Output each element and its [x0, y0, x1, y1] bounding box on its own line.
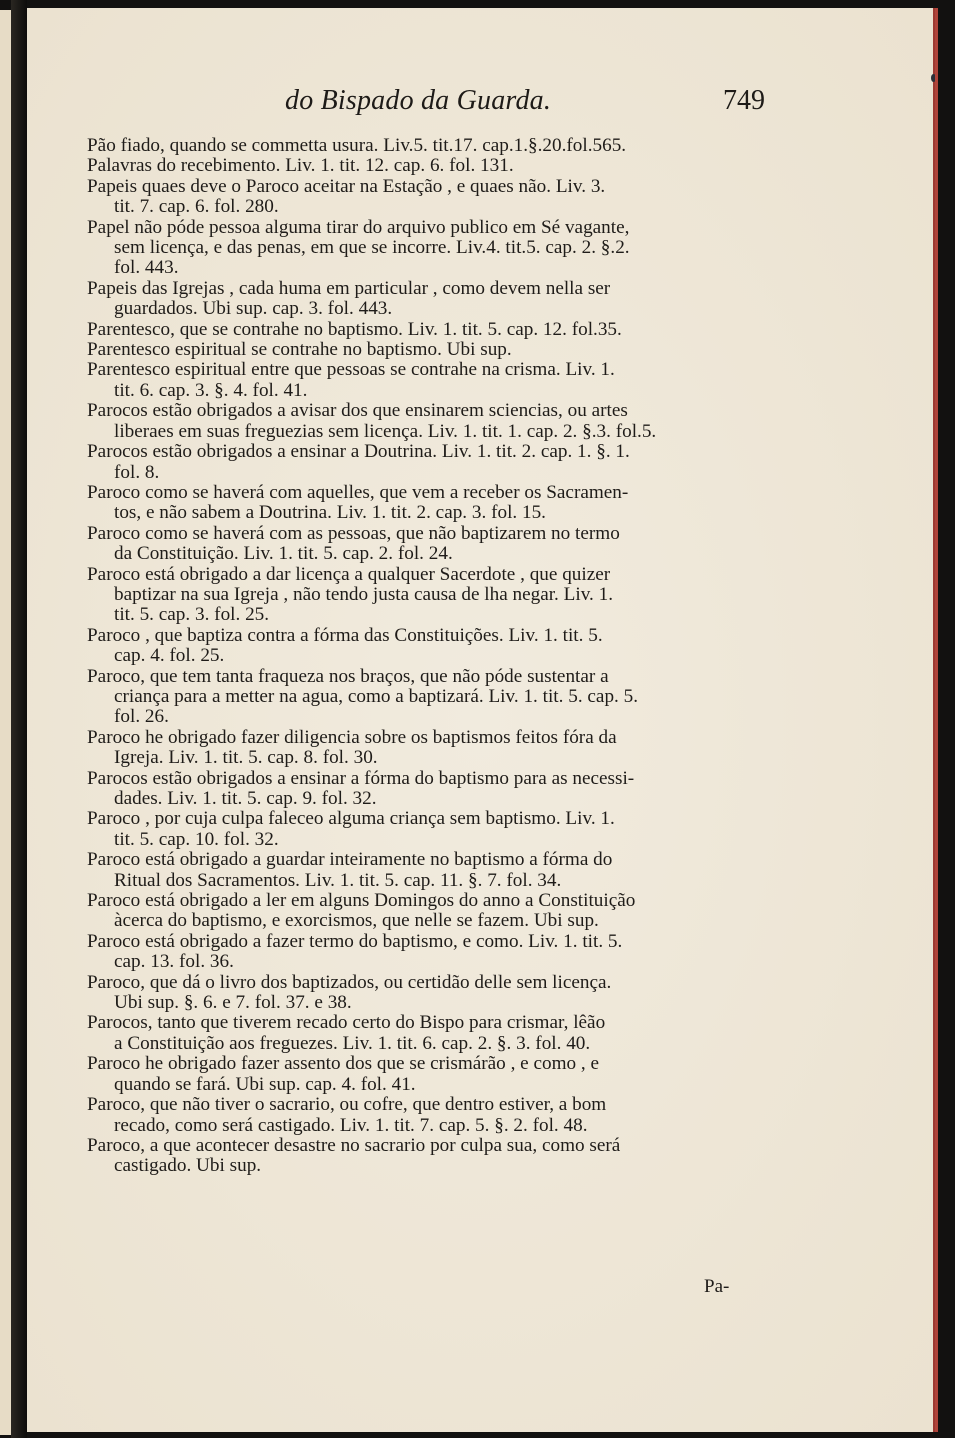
entry-continuation-line: liberaes em suas freguezias sem licença.…	[87, 422, 767, 442]
entry-continuation-line: recado, como será castigado. Liv. 1. tit…	[87, 1116, 767, 1136]
index-entry: Palavras do recebimento. Liv. 1. tit. 12…	[87, 156, 767, 176]
index-entry: Paroco, a que acontecer desastre no sacr…	[87, 1136, 767, 1177]
entry-continuation-line: quando se fará. Ubi sup. cap. 4. fol. 41…	[87, 1075, 767, 1095]
entry-continuation-line: Ubi sup. §. 6. e 7. fol. 37. e 38.	[87, 993, 767, 1013]
index-entry: Paroco he obrigado fazer diligencia sobr…	[87, 728, 767, 769]
entry-heading-line: Paroco he obrigado fazer diligencia sobr…	[87, 728, 767, 748]
entry-continuation-line: tos, e não sabem a Doutrina. Liv. 1. tit…	[87, 503, 767, 523]
gutter-shadow	[11, 0, 27, 1438]
index-entry: Paroco está obrigado a fazer termo do ba…	[87, 932, 767, 973]
entry-heading-line: Paroco, a que acontecer desastre no sacr…	[87, 1136, 767, 1156]
entry-heading-line: Parentesco espiritual entre que pessoas …	[87, 360, 767, 380]
index-entry: Paroco, que tem tanta fraqueza nos braço…	[87, 667, 767, 728]
entry-heading-line: Parocos estão obrigados a avisar dos que…	[87, 401, 767, 421]
entry-continuation-line: sem licença, e das penas, em que se inco…	[87, 238, 767, 258]
index-entry: Parocos, tanto que tiverem recado certo …	[87, 1013, 767, 1054]
index-entry: Paroco, que não tiver o sacrario, ou cof…	[87, 1095, 767, 1136]
index-entry: Parentesco espiritual se contrahe no bap…	[87, 340, 767, 360]
index-entry: Paroco como se haverá com as pessoas, qu…	[87, 524, 767, 565]
index-entry: Parocos estão obrigados a ensinar a Dout…	[87, 442, 767, 483]
entry-continuation-line: tit. 5. cap. 3. fol. 25.	[87, 605, 767, 625]
entry-continuation-line: da Constituição. Liv. 1. tit. 5. cap. 2.…	[87, 544, 767, 564]
entry-continuation-line: guardados. Ubi sup. cap. 3. fol. 443.	[87, 299, 767, 319]
entry-heading-line: Papeis quaes deve o Paroco aceitar na Es…	[87, 177, 767, 197]
entry-continuation-line: tit. 7. cap. 6. fol. 280.	[87, 197, 767, 217]
entry-heading-line: Paroco he obrigado fazer assento dos que…	[87, 1054, 767, 1074]
index-entry: Parentesco espiritual entre que pessoas …	[87, 360, 767, 401]
index-entry: Paroco , que baptiza contra a fórma das …	[87, 626, 767, 667]
index-entry: Paroco como se haverá com aquelles, que …	[87, 483, 767, 524]
entry-continuation-line: Igreja. Liv. 1. tit. 5. cap. 8. fol. 30.	[87, 748, 767, 768]
entry-heading-line: Paroco , que baptiza contra a fórma das …	[87, 626, 767, 646]
entry-continuation-line: fol. 8.	[87, 463, 767, 483]
entry-heading-line: Parentesco espiritual se contrahe no bap…	[87, 340, 767, 360]
facing-page-edge	[0, 10, 11, 1435]
index-entry: Papel não póde pessoa alguma tirar do ar…	[87, 218, 767, 279]
entry-continuation-line: a Constituição aos freguezes. Liv. 1. ti…	[87, 1034, 767, 1054]
index-entry: Paroco he obrigado fazer assento dos que…	[87, 1054, 767, 1095]
entry-heading-line: Paroco, que tem tanta fraqueza nos braço…	[87, 667, 767, 687]
entry-continuation-line: castigado. Ubi sup.	[87, 1156, 767, 1176]
entry-heading-line: Paroco está obrigado a fazer termo do ba…	[87, 932, 767, 952]
entry-continuation-line: cap. 4. fol. 25.	[87, 646, 767, 666]
entry-heading-line: Paroco, que não tiver o sacrario, ou cof…	[87, 1095, 767, 1115]
entry-continuation-line: tit. 5. cap. 10. fol. 32.	[87, 830, 767, 850]
entry-heading-line: Parocos estão obrigados a ensinar a Dout…	[87, 442, 767, 462]
index-entry: Papeis quaes deve o Paroco aceitar na Es…	[87, 177, 767, 218]
catchword: Pa-	[704, 1276, 729, 1298]
entry-heading-line: Paroco como se haverá com as pessoas, qu…	[87, 524, 767, 544]
index-entries: Pão fiado, quando se commetta usura. Liv…	[87, 136, 767, 1177]
red-page-edge	[935, 8, 938, 1432]
entry-heading-line: Paroco está obrigado a dar licença a qua…	[87, 565, 767, 585]
index-entry: Pão fiado, quando se commetta usura. Liv…	[87, 136, 767, 156]
entry-heading-line: Paroco como se haverá com aquelles, que …	[87, 483, 767, 503]
entry-heading-line: Paroco está obrigado a guardar inteirame…	[87, 850, 767, 870]
entry-continuation-line: àcerca do baptismo, e exorcismos, que ne…	[87, 911, 767, 931]
entry-heading-line: Pão fiado, quando se commetta usura. Liv…	[87, 136, 767, 156]
index-entry: Paroco está obrigado a guardar inteirame…	[87, 850, 767, 891]
entry-continuation-line: cap. 13. fol. 36.	[87, 952, 767, 972]
entry-continuation-line: tit. 6. cap. 3. §. 4. fol. 41.	[87, 381, 767, 401]
entry-continuation-line: baptizar na sua Igreja , não tendo justa…	[87, 585, 767, 605]
entry-heading-line: Parocos estão obrigados a ensinar a fórm…	[87, 769, 767, 789]
entry-heading-line: Papel não póde pessoa alguma tirar do ar…	[87, 218, 767, 238]
book-page: do Bispado da Guarda. 749 Pão fiado, qua…	[27, 8, 935, 1432]
entry-continuation-line: criança para a metter na agua, como a ba…	[87, 687, 767, 707]
entry-continuation-line: fol. 26.	[87, 707, 767, 727]
entry-heading-line: Parentesco, que se contrahe no baptismo.…	[87, 320, 767, 340]
page-number: 749	[723, 85, 765, 117]
index-entry: Paroco está obrigado a dar licença a qua…	[87, 565, 767, 626]
index-entry: Parocos estão obrigados a ensinar a fórm…	[87, 769, 767, 810]
entry-heading-line: Paroco está obrigado a ler em alguns Dom…	[87, 891, 767, 911]
index-entry: Paroco , por cuja culpa faleceo alguma c…	[87, 809, 767, 850]
entry-heading-line: Parocos, tanto que tiverem recado certo …	[87, 1013, 767, 1033]
index-entry: Parocos estão obrigados a avisar dos que…	[87, 401, 767, 442]
index-entry: Paroco, que dá o livro dos baptizados, o…	[87, 973, 767, 1014]
running-title: do Bispado da Guarda.	[285, 85, 551, 117]
entry-heading-line: Papeis das Igrejas , cada huma em partic…	[87, 279, 767, 299]
index-entry: Paroco está obrigado a ler em alguns Dom…	[87, 891, 767, 932]
entry-continuation-line: fol. 443.	[87, 258, 767, 278]
page-header: do Bispado da Guarda. 749	[27, 85, 933, 125]
index-entry: Parentesco, que se contrahe no baptismo.…	[87, 320, 767, 340]
entry-continuation-line: dades. Liv. 1. tit. 5. cap. 9. fol. 32.	[87, 789, 767, 809]
entry-heading-line: Paroco, que dá o livro dos baptizados, o…	[87, 973, 767, 993]
index-entry: Papeis das Igrejas , cada huma em partic…	[87, 279, 767, 320]
entry-continuation-line: Ritual dos Sacramentos. Liv. 1. tit. 5. …	[87, 871, 767, 891]
entry-heading-line: Paroco , por cuja culpa faleceo alguma c…	[87, 809, 767, 829]
entry-heading-line: Palavras do recebimento. Liv. 1. tit. 12…	[87, 156, 767, 176]
